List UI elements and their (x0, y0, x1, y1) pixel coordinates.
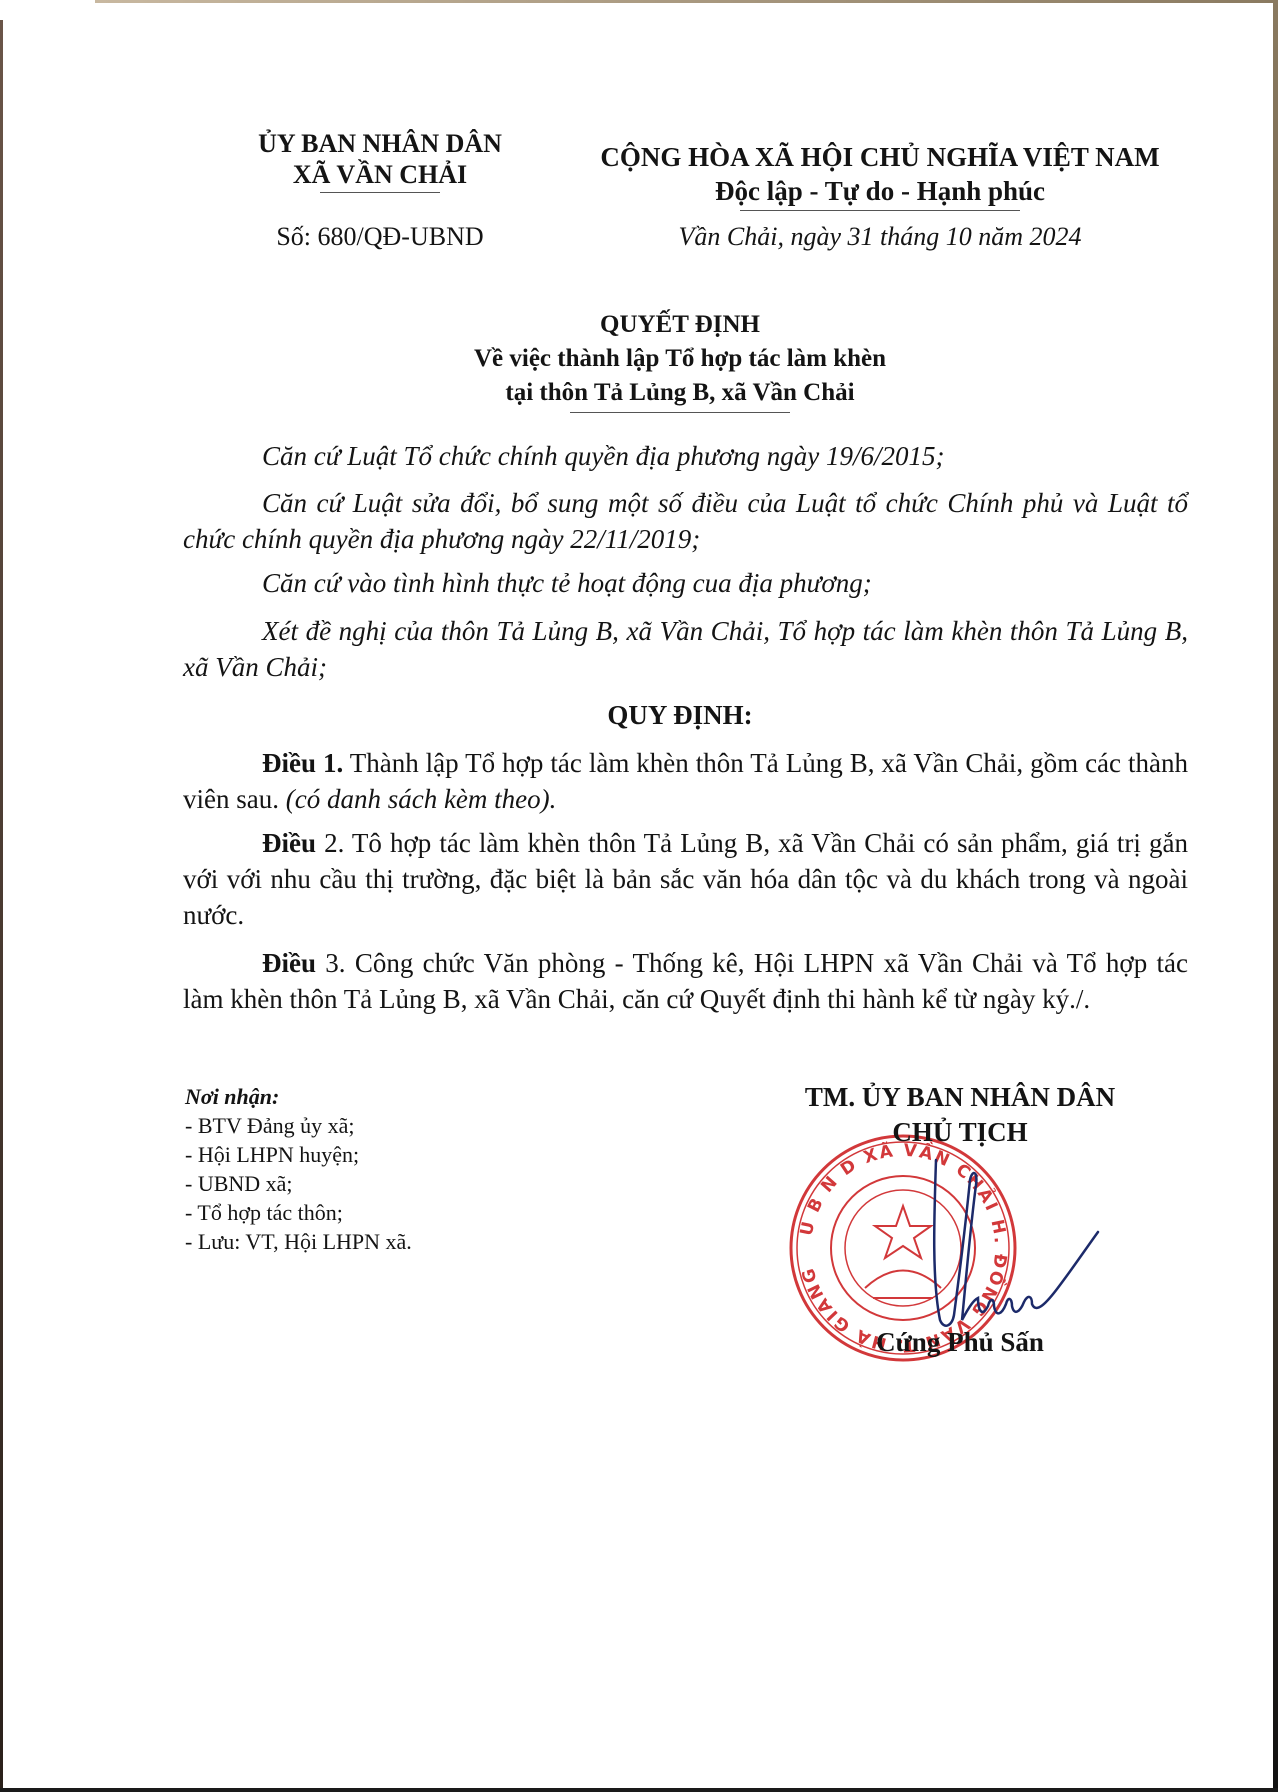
article-text: 2. Tô hợp tác làm khèn thôn Tả Lủng B, x… (183, 828, 1188, 930)
signer-title: CHỦ TỊCH (760, 1115, 1160, 1150)
document-title: QUYẾT ĐỊNH Về việc thành lập Tổ hợp tác … (200, 308, 1160, 413)
basis-4: Xét đề nghị của thôn Tả Lủng B, xã Vần C… (183, 613, 1188, 685)
article-text: 3. Công chức Văn phòng - Thống kê, Hội L… (183, 948, 1188, 1014)
basis-3: Căn cứ vào tình hình thực tẻ hoạt động c… (183, 565, 1188, 601)
recipient-item: - Tổ hợp tác thôn; (185, 1198, 585, 1227)
signing-authority: TM. ỦY BAN NHÂN DÂN (760, 1080, 1160, 1115)
page-edge (1273, 0, 1278, 1792)
signer-name: Cứng Phủ Sấn (760, 1327, 1160, 1358)
agency-line2: XÃ VẦN CHẢI (210, 159, 550, 190)
page-edge (0, 1788, 1278, 1792)
recipient-item: - UBND xã; (185, 1169, 585, 1198)
article-label: Điều (262, 948, 316, 978)
recipients-list: Nơi nhận: - BTV Đảng ủy xã; - Hội LHPN h… (185, 1082, 585, 1256)
issuing-agency: ỦY BAN NHÂN DÂN XÃ VẦN CHẢI (210, 128, 550, 193)
signature-block: TM. ỦY BAN NHÂN DÂN CHỦ TỊCH (760, 1080, 1160, 1150)
basis-1: Căn cứ Luật Tổ chức chính quyền địa phươ… (183, 438, 1188, 474)
recipient-item: - Lưu: VT, Hội LHPN xã. (185, 1227, 585, 1256)
recipients-heading: Nơi nhận: (185, 1082, 585, 1111)
divider (740, 210, 1020, 211)
national-header: CỘNG HÒA XÃ HỘI CHỦ NGHĨA VIỆT NAM Độc l… (580, 140, 1180, 211)
article-label: Điều (262, 828, 316, 858)
divider (320, 192, 440, 193)
article-note: (có danh sách kèm theo). (286, 784, 557, 814)
title-subject-2: tại thôn Tả Lủng B, xã Vần Chải (200, 376, 1160, 410)
agency-line1: ỦY BAN NHÂN DÂN (210, 128, 550, 159)
article-1: Điều 1. Thành lập Tổ hợp tác làm khèn th… (183, 745, 1188, 817)
title-subject: Về việc thành lập Tổ hợp tác làm khèn (200, 342, 1160, 376)
title-type: QUYẾT ĐỊNH (200, 308, 1160, 342)
decision-heading: QUY ĐỊNH: (200, 700, 1160, 731)
page-edge (95, 0, 1278, 3)
nation-motto: Độc lập - Tự do - Hạnh phúc (580, 174, 1180, 208)
nation-name: CỘNG HÒA XÃ HỘI CHỦ NGHĨA VIỆT NAM (580, 140, 1180, 174)
place-date: Vần Chải, ngày 31 tháng 10 năm 2024 (580, 222, 1180, 252)
article-2: Điều 2. Tô hợp tác làm khèn thôn Tả Lủng… (183, 825, 1188, 933)
page-edge (0, 20, 3, 1790)
article-3: Điều 3. Công chức Văn phòng - Thống kê, … (183, 945, 1188, 1017)
recipient-item: - BTV Đảng ủy xã; (185, 1111, 585, 1140)
article-label: Điều 1. (262, 748, 343, 778)
divider (570, 412, 790, 413)
recipient-item: - Hội LHPN huyện; (185, 1140, 585, 1169)
basis-2: Căn cứ Luật sửa đổi, bổ sung một số điều… (183, 485, 1188, 557)
document-number: Số: 680/QĐ-UBND (210, 222, 550, 252)
signature-icon (870, 1150, 1130, 1340)
